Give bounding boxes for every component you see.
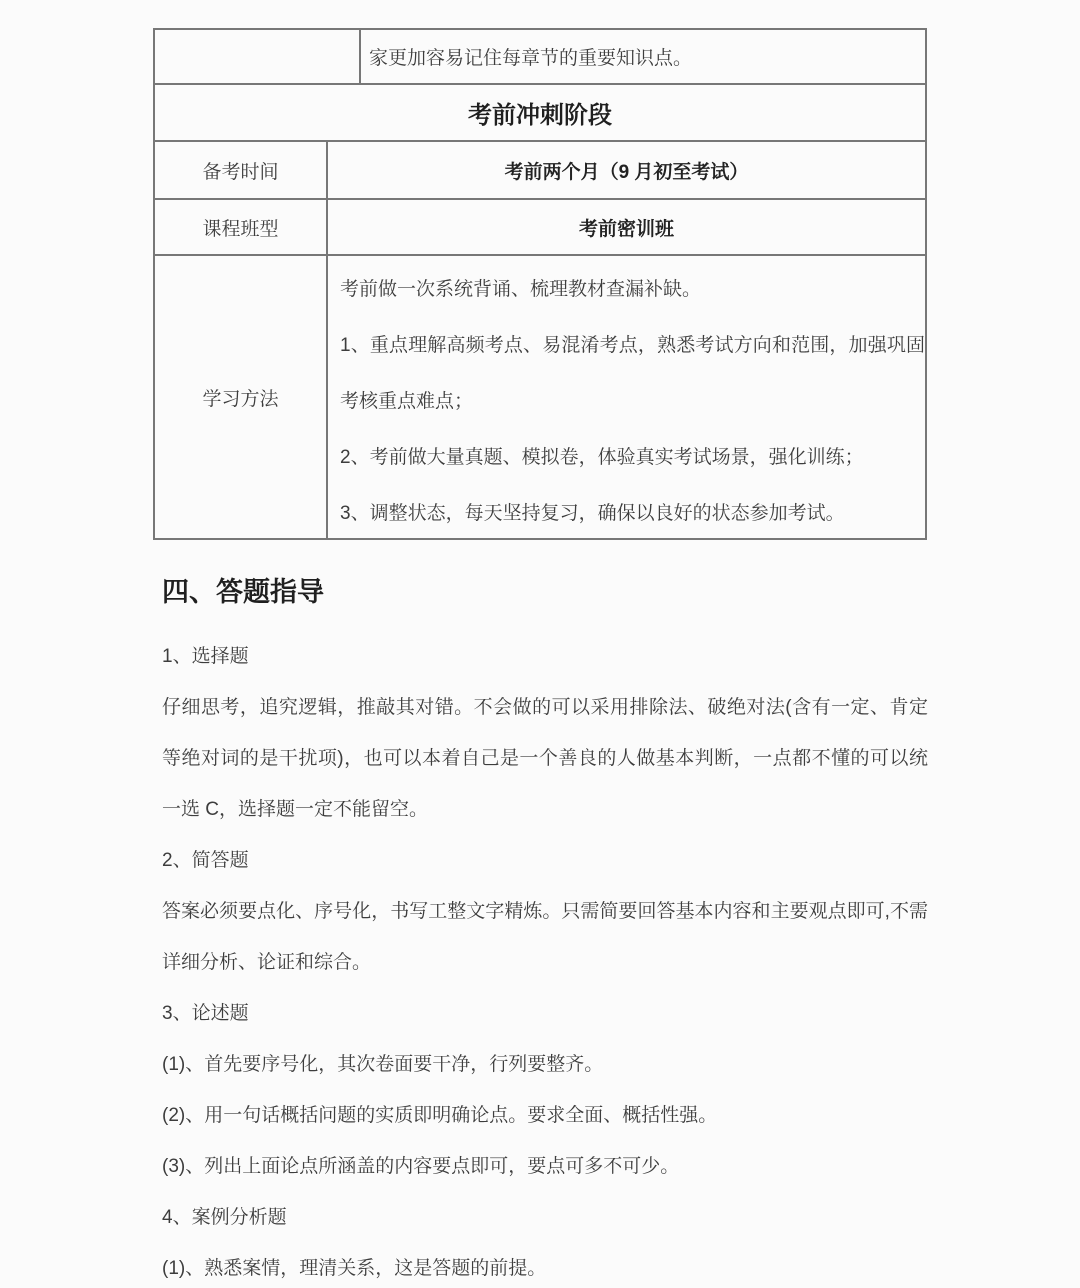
prep-time-label: 备考时间: [155, 142, 328, 198]
course-type-value: 考前密训班: [328, 200, 925, 254]
body-paragraph: (2)、用一句话概括问题的实质即明确论点。要求全面、概括性强。: [162, 1090, 928, 1141]
section-heading: 四、答题指导: [162, 564, 928, 620]
study-method-content: 考前做一次系统背诵、梳理教材查漏补缺。 1、重点理解高频考点、易混淆考点，熟悉考…: [328, 256, 925, 538]
body-paragraph: 1、选择题: [162, 631, 928, 682]
prep-time-value: 考前两个月（9 月初至考试）: [328, 142, 925, 198]
stage-header-title: 考前冲刺阶段: [155, 85, 925, 140]
carryover-empty-label-cell: [155, 30, 361, 83]
table-row-stage-header: 考前冲刺阶段: [155, 85, 925, 142]
study-plan-table: 家更加容易记住每章节的重要知识点。 考前冲刺阶段 备考时间 考前两个月（9 月初…: [153, 28, 927, 540]
method-paragraph: 1、重点理解高频考点、易混淆考点，熟悉考试方向和范围，加强巩固考核重点难点；: [340, 318, 925, 430]
body-paragraph: (1)、首先要序号化，其次卷面要干净，行列要整齐。: [162, 1039, 928, 1090]
table-row-course-type: 课程班型 考前密训班: [155, 200, 925, 256]
body-paragraph: 2、简答题: [162, 835, 928, 886]
body-paragraph: (3)、列出上面论点所涵盖的内容要点即可，要点可多不可少。: [162, 1141, 928, 1192]
course-type-label: 课程班型: [155, 200, 328, 254]
method-paragraph: 2、考前做大量真题、模拟卷，体验真实考试场景，强化训练；: [340, 430, 925, 486]
body-paragraph: 4、案例分析题: [162, 1192, 928, 1243]
body-paragraph: 3、论述题: [162, 988, 928, 1039]
carryover-text-cell: 家更加容易记住每章节的重要知识点。: [361, 30, 925, 83]
table-row-prep-time: 备考时间 考前两个月（9 月初至考试）: [155, 142, 925, 200]
answer-guidance-section: 四、答题指导 1、选择题 仔细思考，追究逻辑，推敲其对错。不会做的可以采用排除法…: [162, 540, 928, 1288]
table-row-carryover: 家更加容易记住每章节的重要知识点。: [155, 30, 925, 85]
method-paragraph: 考前做一次系统背诵、梳理教材查漏补缺。: [340, 262, 925, 318]
table-row-study-method: 学习方法 考前做一次系统背诵、梳理教材查漏补缺。 1、重点理解高频考点、易混淆考…: [155, 256, 925, 538]
document-page: 家更加容易记住每章节的重要知识点。 考前冲刺阶段 备考时间 考前两个月（9 月初…: [0, 0, 1080, 1288]
study-method-label: 学习方法: [155, 256, 328, 538]
body-paragraph: (1)、熟悉案情，理清关系，这是答题的前提。: [162, 1243, 928, 1288]
method-paragraph: 3、调整状态，每天坚持复习，确保以良好的状态参加考试。: [340, 486, 925, 542]
body-paragraph: 答案必须要点化、序号化，书写工整文字精炼。只需简要回答基本内容和主要观点即可,不…: [162, 886, 928, 988]
body-paragraph: 仔细思考，追究逻辑，推敲其对错。不会做的可以采用排除法、破绝对法(含有一定、肯定…: [162, 682, 928, 835]
